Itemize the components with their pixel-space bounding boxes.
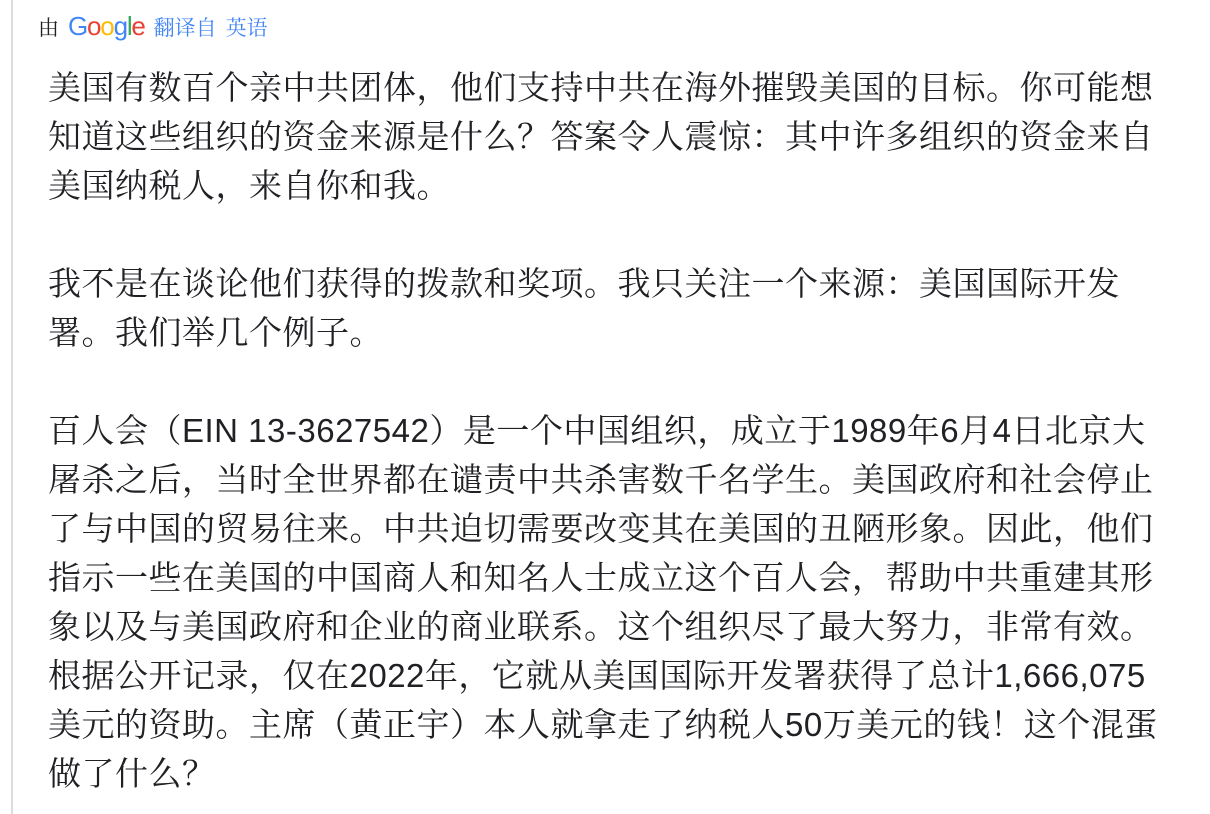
text-line: 美元的资助。主席（黄正宇）本人就拿走了纳税人50万美元的钱！这个混蛋 <box>48 700 1190 749</box>
text-line: 指示一些在美国的中国商人和知名人士成立这个百人会，帮助中共重建其形 <box>48 553 1190 602</box>
post-body: 美国有数百个亲中共团体，他们支持中共在海外摧毁美国的目标。你可能想 知道这些组织… <box>0 63 1210 798</box>
paragraph-1: 美国有数百个亲中共团体，他们支持中共在海外摧毁美国的目标。你可能想 知道这些组织… <box>48 63 1190 210</box>
text-line: 根据公开记录，仅在2022年，它就从美国国际开发署获得了总计1,666,075 <box>48 651 1190 700</box>
google-letter-g1: G <box>68 11 87 41</box>
text-line: 知道这些组织的资金来源是什么？答案令人震惊：其中许多组织的资金来自 <box>48 112 1190 161</box>
source-language-link[interactable]: 英语 <box>226 12 268 42</box>
google-letter-g2: g <box>114 11 127 41</box>
translation-attribution: 由 Google 翻译自 英语 <box>0 0 1210 42</box>
paragraph-2: 我不是在谈论他们获得的拨款和奖项。我只关注一个来源：美国国际开发 署。我们举几个… <box>48 259 1190 357</box>
google-letter-o1: o <box>87 11 100 41</box>
text-line: 了与中国的贸易往来。中共迫切需要改变其在美国的丑陋形象。因此，他们 <box>48 504 1190 553</box>
text-line: 做了什么？ <box>48 749 1190 798</box>
text-line: 屠杀之后，当时全世界都在谴责中共杀害数千名学生。美国政府和社会停止 <box>48 455 1190 504</box>
google-letter-e: e <box>131 11 144 41</box>
panel-divider <box>11 0 13 814</box>
text-line: 百人会（EIN 13-3627542）是一个中国组织，成立于1989年6月4日北… <box>48 406 1190 455</box>
text-line: 象以及与美国政府和企业的商业联系。这个组织尽了最大努力，非常有效。 <box>48 602 1190 651</box>
google-letter-o2: o <box>100 11 113 41</box>
text-line: 我不是在谈论他们获得的拨款和奖项。我只关注一个来源：美国国际开发 <box>48 259 1190 308</box>
google-logo[interactable]: Google <box>68 13 145 39</box>
attribution-prefix: 由 <box>38 12 59 42</box>
translated-from-link[interactable]: 翻译自 <box>154 12 217 42</box>
text-line: 美国有数百个亲中共团体，他们支持中共在海外摧毁美国的目标。你可能想 <box>48 63 1190 112</box>
text-line: 署。我们举几个例子。 <box>48 308 1190 357</box>
text-line: 美国纳税人，来自你和我。 <box>48 161 1190 210</box>
translated-post-page: 由 Google 翻译自 英语 美国有数百个亲中共团体，他们支持中共在海外摧毁美… <box>0 0 1210 814</box>
paragraph-3: 百人会（EIN 13-3627542）是一个中国组织，成立于1989年6月4日北… <box>48 406 1190 798</box>
